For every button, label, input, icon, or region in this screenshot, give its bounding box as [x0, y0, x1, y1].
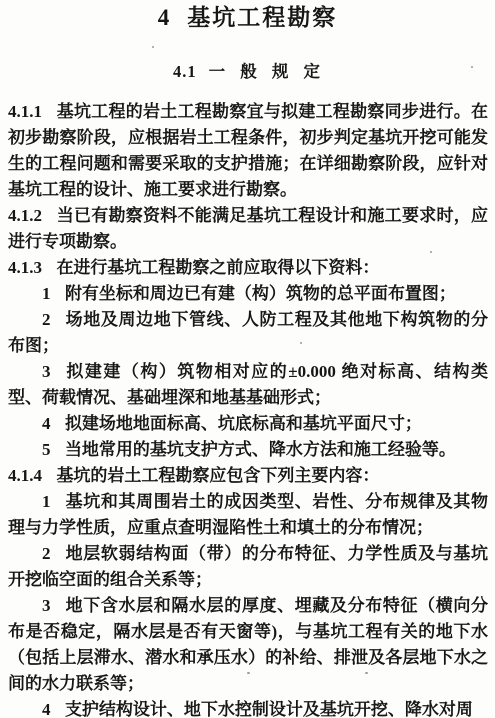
list-4-1-3-item-5-text: 当地常用的基坑支护方式、降水方法和施工经验等。 [65, 440, 456, 459]
list-4-1-4-item-2-text: 地层软弱结构面（带）的分布特征、力学性质及与基坑开挖临空面的组合关系等； [8, 544, 488, 589]
list-4-1-4-item-1-number: 1 [42, 492, 51, 511]
list-4-1-3-item-5: 5当地常用的基坑支护方式、降水方法和施工经验等。 [8, 437, 488, 463]
list-4-1-4-item-2-number: 2 [42, 544, 51, 563]
clause-4-1-2-text: 当已有勘察资料不能满足基坑工程设计和施工要求时，应进行专项勘察。 [8, 206, 488, 251]
list-4-1-4-item-2: 2地层软弱结构面（带）的分布特征、力学性质及与基坑开挖临空面的组合关系等； [8, 541, 488, 593]
scan-speckle [300, 342, 302, 344]
body-text: 4.1.1基坑工程的岩土工程勘察宜与拟建工程勘察同步进行。在初步勘察阶段，应根据… [0, 99, 495, 718]
clause-4-1-1-text: 基坑工程的岩土工程勘察宜与拟建工程勘察同步进行。在初步勘察阶段，应根据岩土工程条… [8, 102, 488, 199]
clause-4-1-2: 4.1.2当已有勘察资料不能满足基坑工程设计和施工要求时，应进行专项勘察。 [8, 203, 488, 255]
section-name: 一 般 规 定 [209, 62, 322, 81]
chapter-title: 4基坑工程勘察 [0, 4, 495, 32]
list-4-1-4-item-4: 4支护结构设计、地下水控制设计及基坑开挖、降水对周 [8, 697, 488, 718]
document-page: 4基坑工程勘察 4.1一 般 规 定 4.1.1基坑工程的岩土工程勘察宜与拟建工… [0, 4, 495, 718]
clause-4-1-1: 4.1.1基坑工程的岩土工程勘察宜与拟建工程勘察同步进行。在初步勘察阶段，应根据… [8, 99, 488, 203]
list-4-1-3-item-3-number: 3 [42, 362, 51, 381]
scan-speckle [317, 156, 319, 158]
scan-speckle [152, 46, 154, 48]
list-4-1-3-item-1: 1附有坐标和周边已有建（构）筑物的总平面布置图； [8, 281, 488, 307]
clause-4-1-3-text: 在进行基坑工程勘察之前应取得以下资料： [56, 258, 379, 277]
clause-4-1-3: 4.1.3在进行基坑工程勘察之前应取得以下资料： [8, 255, 488, 281]
section-title: 4.1一 般 规 定 [0, 62, 495, 82]
scan-speckle [430, 251, 432, 253]
list-4-1-3-item-2-text: 场地及周边地下管线、人防工程及其他地下构筑物的分布图； [8, 310, 488, 355]
list-4-1-4-item-3-number: 3 [42, 596, 51, 615]
clause-4-1-4: 4.1.4基坑的岩土工程勘察应包含下列主要内容： [8, 463, 488, 489]
clause-4-1-1-number: 4.1.1 [8, 102, 42, 121]
scan-speckle [471, 66, 473, 68]
clause-4-1-4-text: 基坑的岩土工程勘察应包含下列主要内容： [56, 466, 379, 485]
list-4-1-3-item-4-number: 4 [42, 414, 51, 433]
list-4-1-3-item-1-text: 附有坐标和周边已有建（构）筑物的总平面布置图； [65, 284, 456, 303]
chapter-number: 4 [158, 5, 172, 30]
list-4-1-3-item-4-text: 拟建场地地面标高、坑底标高和基坑平面尺寸； [65, 414, 422, 433]
list-4-1-4-item-3-text: 地下含水层和隔水层的厚度、埋藏及分布特征（横向分布是否稳定，隔水层是否有天窗等)… [8, 596, 488, 693]
clause-4-1-3-number: 4.1.3 [8, 258, 42, 277]
clause-4-1-4-number: 4.1.4 [8, 466, 42, 485]
list-4-1-3-item-3-text: 拟建建（构）筑物相对应的±0.000 绝对标高、结构类型、荷载情况、基础埋深和地… [8, 362, 488, 407]
clause-4-1-2-number: 4.1.2 [8, 206, 42, 225]
list-4-1-3-item-2-number: 2 [42, 310, 51, 329]
list-4-1-4-item-1: 1基坑和其周围岩土的成因类型、岩性、分布规律及其物理与力学性质，应重点查明湿陷性… [8, 489, 488, 541]
list-4-1-3-item-3: 3拟建建（构）筑物相对应的±0.000 绝对标高、结构类型、荷载情况、基础埋深和… [8, 359, 488, 411]
list-4-1-3-item-4: 4拟建场地地面标高、坑底标高和基坑平面尺寸； [8, 411, 488, 437]
section-number: 4.1 [173, 62, 197, 81]
scan-speckle [320, 7, 325, 9]
list-4-1-3-item-2: 2场地及周边地下管线、人防工程及其他地下构筑物的分布图； [8, 307, 488, 359]
list-4-1-4-item-4-text: 支护结构设计、地下水控制设计及基坑开挖、降水对周 [65, 700, 473, 718]
scan-speckle [365, 672, 368, 674]
list-4-1-4-item-1-text: 基坑和其周围岩土的成因类型、岩性、分布规律及其物理与力学性质，应重点查明湿陷性土… [8, 492, 488, 537]
scan-speckle [247, 672, 250, 674]
list-4-1-3-item-5-number: 5 [42, 440, 51, 459]
chapter-name: 基坑工程勘察 [187, 5, 337, 30]
list-4-1-4-item-3: 3地下含水层和隔水层的厚度、埋藏及分布特征（横向分布是否稳定，隔水层是否有天窗等… [8, 593, 488, 697]
list-4-1-3-item-1-number: 1 [42, 284, 51, 303]
list-4-1-4-item-4-number: 4 [42, 700, 51, 718]
